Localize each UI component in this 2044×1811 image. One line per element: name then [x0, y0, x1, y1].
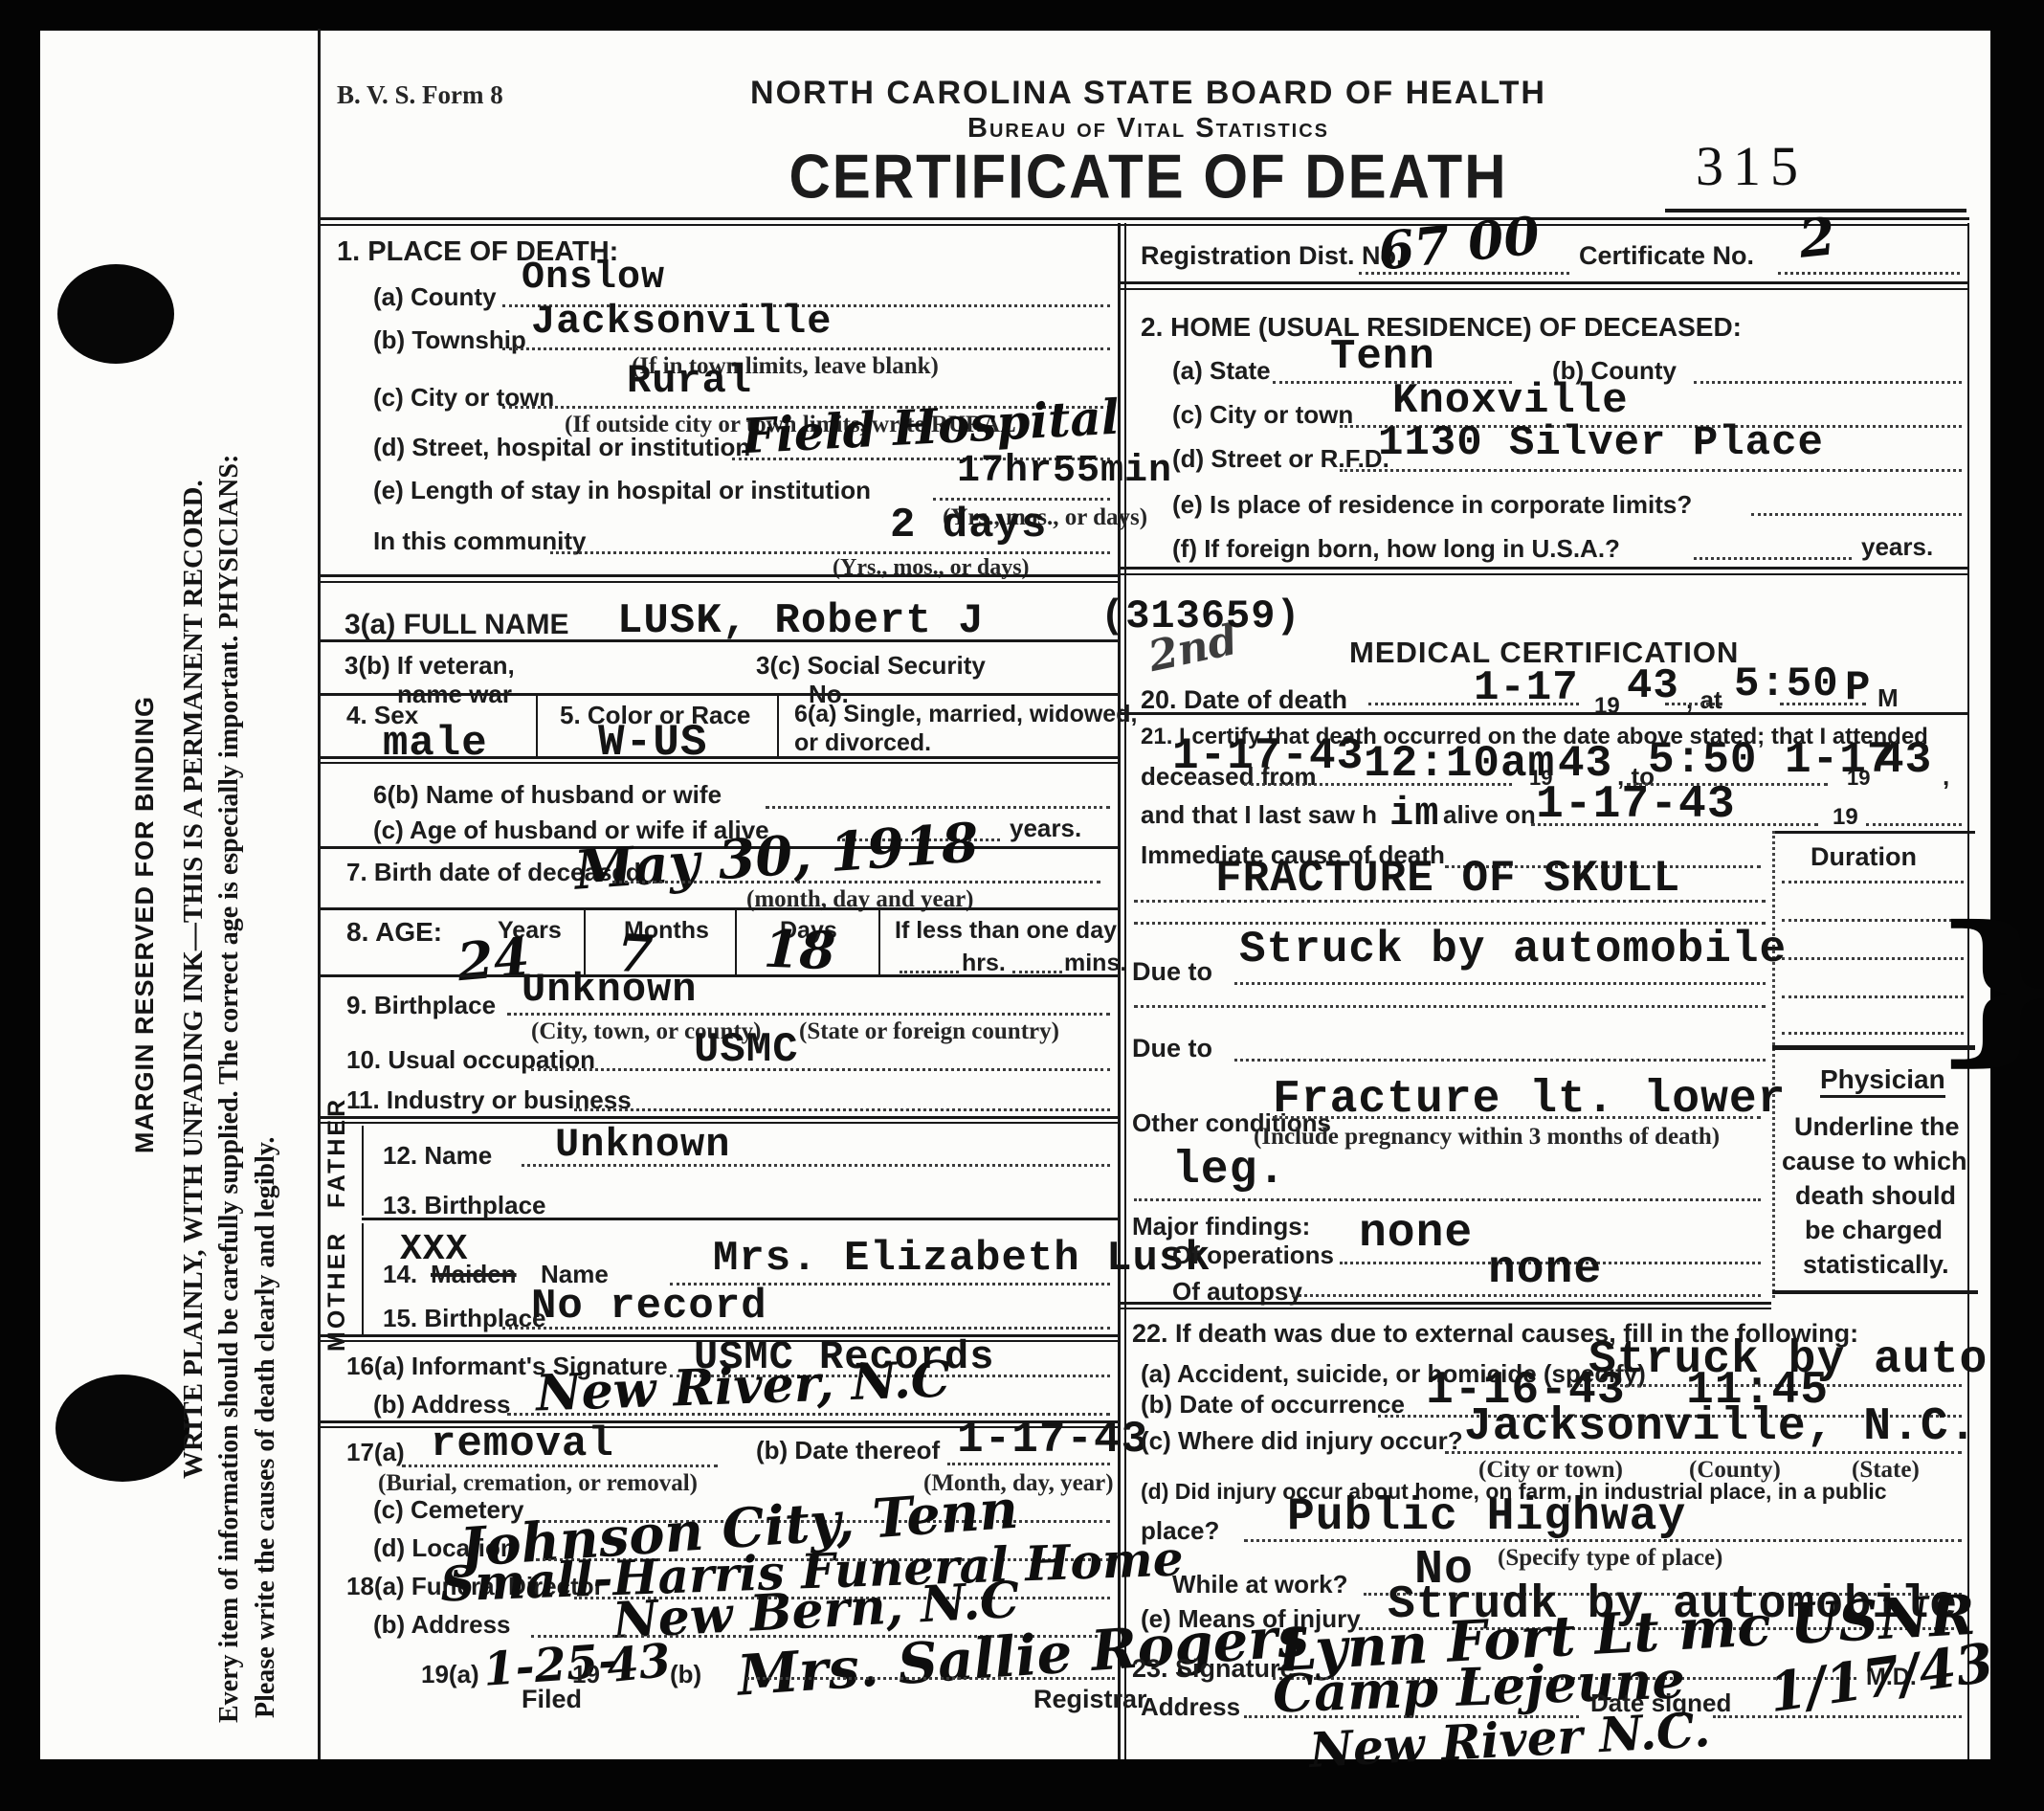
- age-label: 8. AGE:: [346, 917, 442, 948]
- page-title: CERTIFICATE OF DEATH: [660, 141, 1636, 212]
- death-m-label: M: [1877, 683, 1899, 713]
- place-label: place?: [1141, 1516, 1219, 1546]
- home-foreign-years: years.: [1861, 532, 1933, 562]
- full-name-label: 3(a) FULL NAME: [344, 609, 568, 641]
- veteran-label: 3(b) If veteran,: [344, 651, 515, 681]
- death-date-label: 20. Date of death: [1141, 685, 1347, 715]
- death-time-value: 5:50: [1734, 660, 1839, 708]
- home-street-line: [1340, 469, 1962, 472]
- autopsy-line: [1292, 1294, 1761, 1297]
- to-comma: ,: [1943, 762, 1949, 792]
- age-years-value: 24: [455, 926, 531, 993]
- filed-year-value: 43: [604, 1634, 673, 1694]
- death-certificate-scan: MARGIN RESERVED FOR BINDING WRITE PLAINL…: [0, 0, 2044, 1811]
- rule: [321, 756, 1118, 759]
- to-year-value: 43: [1877, 735, 1932, 785]
- saw-year-prefix: 19: [1833, 804, 1858, 831]
- street-label: (d) Street, hospital or institution: [373, 433, 750, 462]
- cell-divider: [584, 907, 586, 974]
- header-rule-2: [321, 224, 1969, 226]
- informant-address-label: (b) Address: [373, 1390, 511, 1420]
- occurrence-date-label: (b) Date of occurrence: [1141, 1390, 1405, 1420]
- community-value: 2 days: [890, 502, 1047, 549]
- rule: [1121, 567, 1969, 570]
- rule: [321, 693, 1118, 696]
- sex-value: male: [383, 720, 488, 768]
- birthdate-line: [612, 881, 1100, 883]
- saw-year-line: [1866, 823, 1962, 826]
- home-section: 2. HOME (USUAL RESIDENCE) OF DECEASED:: [1141, 312, 1742, 343]
- father-name-label: 12. Name: [383, 1141, 492, 1171]
- deceased-from-label: deceased from: [1141, 762, 1317, 792]
- death-time-line: [1780, 703, 1866, 705]
- age-hrs-label: hrs.: [962, 950, 1006, 977]
- full-name-value: LUSK, Robert J: [617, 597, 985, 645]
- signature-address-label: Address: [1141, 1692, 1240, 1722]
- rule: [1121, 1302, 1771, 1305]
- stay-line: [933, 498, 1110, 501]
- due-to-value-1: Struck by automobile: [1239, 925, 1787, 974]
- physician-note-5: statistically.: [1803, 1250, 1949, 1280]
- physician-box-bottom-rule: [1772, 1290, 1978, 1294]
- home-street-value: 1130 Silver Place: [1378, 419, 1824, 467]
- mother-name-value: Mrs. Elizabeth Lusk: [713, 1235, 1211, 1283]
- mother-birthplace-line: [502, 1327, 1110, 1330]
- death-date-line2: [1665, 703, 1722, 705]
- rule: [1121, 1308, 1771, 1309]
- physician-note-1: Underline the: [1794, 1112, 1960, 1142]
- race-value: W-US: [598, 718, 707, 768]
- mother-num-label: 14.: [383, 1260, 417, 1289]
- father-side-label: FATHER: [323, 1097, 351, 1208]
- spouse-age-years: years.: [1010, 814, 1081, 843]
- stay-value: 17hr55min: [957, 450, 1172, 493]
- disposition-label: 17(a): [346, 1438, 405, 1467]
- rule: [362, 1218, 1118, 1220]
- disposition-hint: (Burial, cremation, or removal): [378, 1470, 698, 1497]
- rule: [321, 574, 1118, 577]
- age-hrs-line: [900, 971, 959, 973]
- ssn-label: 3(c) Social Security: [756, 651, 986, 681]
- scan-edge-bottom: [0, 1759, 2044, 1811]
- scan-edge-left: [0, 0, 40, 1811]
- place-hint: (Specify type of place): [1498, 1545, 1722, 1572]
- death-date-line: [1368, 703, 1579, 705]
- home-city-value: Knoxville: [1392, 377, 1629, 425]
- death-date-at: , at: [1686, 685, 1722, 715]
- duration-top-rule: [1772, 831, 1975, 834]
- where-injury-value: Jacksonville, N.C.: [1464, 1401, 1977, 1453]
- mother-birthplace-value: No record: [531, 1283, 767, 1330]
- rule: [321, 581, 1118, 583]
- county-value: Onslow: [522, 257, 665, 300]
- bureau-subtitle: Bureau of Vital Statistics: [670, 113, 1627, 145]
- occupation-line: [531, 1068, 1110, 1071]
- disposition-value: removal: [431, 1420, 614, 1468]
- disposition-line: [402, 1464, 718, 1467]
- certificate-no-label: Certificate No.: [1579, 241, 1754, 271]
- physician-note-2: cause to which: [1782, 1147, 1967, 1176]
- serial-number: 315: [1696, 134, 1808, 198]
- disposition-date-line: [947, 1463, 1110, 1465]
- due-to-line-1: [1234, 982, 1766, 985]
- rule: [321, 1116, 1118, 1119]
- father-name-value: Unknown: [555, 1122, 730, 1168]
- mother-divider: [362, 1223, 364, 1336]
- rule: [1121, 712, 1969, 715]
- rule: [1121, 288, 1969, 290]
- form-number: B. V. S. Form 8: [337, 80, 503, 110]
- alive-on-label: alive on: [1443, 800, 1536, 830]
- death-date-year-prefix: 19: [1594, 693, 1620, 720]
- disposition-date-value: 1-17-43: [957, 1415, 1148, 1464]
- physician-label: Physician: [1820, 1064, 1945, 1098]
- stay-label: (e) Length of stay in hospital or instit…: [373, 476, 871, 505]
- filed-caption: Filed: [522, 1685, 582, 1714]
- occupation-value: USMC: [694, 1026, 799, 1074]
- cell-divider: [878, 907, 880, 974]
- rule: [321, 974, 1118, 977]
- due-to-line-2: [1234, 1059, 1766, 1062]
- home-state-value: Tenn: [1330, 333, 1435, 381]
- rule: [1121, 573, 1969, 575]
- margin-permanent-note: WRITE PLAINLY, WITH UNFADING INK—THIS IS…: [178, 480, 210, 1479]
- township-value: Jacksonville: [531, 299, 832, 345]
- from-time-value: 12:10am: [1364, 739, 1555, 789]
- age-less-label: If less than one day: [895, 917, 1117, 945]
- mother-maiden-struck: Maiden: [431, 1260, 517, 1289]
- margin-legibly-note: Please write the causes of death clearly…: [251, 1137, 281, 1718]
- industry-line: [574, 1108, 1110, 1111]
- other-line-2: [1134, 1198, 1761, 1201]
- to-year-prefix: 19: [1847, 766, 1870, 791]
- brace-icon: }: [1931, 890, 2044, 1082]
- birthplace-hint-2: (State or foreign country): [799, 1018, 1059, 1045]
- date-signed-line: [1713, 1715, 1962, 1718]
- township-label: (b) Township: [373, 325, 526, 355]
- cell-divider: [777, 693, 779, 756]
- due-to-label-2: Due to: [1132, 1034, 1212, 1063]
- margin-physicians-note: Every item of information should be care…: [214, 455, 245, 1723]
- header-rule: [321, 217, 1969, 220]
- saw-line: [1531, 823, 1818, 826]
- signature-label: 23. Signature: [1132, 1654, 1295, 1684]
- age-mins-line: [1012, 971, 1062, 973]
- rule: [321, 639, 1118, 642]
- physician-note-3: death should: [1795, 1181, 1956, 1211]
- major-findings-label: Major findings:: [1132, 1212, 1310, 1241]
- certificate-no-line: [1778, 272, 1960, 275]
- due-to-label-1: Due to: [1132, 957, 1212, 987]
- city-value: Rural: [627, 358, 752, 404]
- cell-divider: [536, 693, 538, 756]
- while-at-work-label: While at work?: [1172, 1570, 1347, 1599]
- registration-dist-line: [1359, 272, 1569, 275]
- form-left-border: [318, 29, 321, 1759]
- operations-label: Of operations: [1172, 1241, 1334, 1270]
- home-foreign-label: (f) If foreign born, how long in U.S.A.?: [1172, 534, 1620, 564]
- from-line: [1244, 783, 1512, 786]
- other-conditions-line: [1273, 1116, 1761, 1119]
- other-conditions-hint: (Include pregnancy within 3 months of de…: [1254, 1124, 1720, 1151]
- duration-line: [1782, 881, 1964, 883]
- cell-divider: [735, 907, 737, 974]
- immediate-cause-value: FRACTURE OF SKULL: [1215, 854, 1680, 904]
- last-saw-fill: im: [1389, 791, 1439, 837]
- father-divider: [362, 1126, 364, 1216]
- board-title: NORTH CAROLINA STATE BOARD OF HEALTH: [670, 75, 1627, 112]
- birthplace-label: 9. Birthplace: [346, 991, 496, 1020]
- cause-line: [1134, 900, 1766, 903]
- marital-label: 6(a) Single, married, widowed,: [794, 701, 1137, 728]
- rule: [1121, 281, 1969, 284]
- birthplace-value: Unknown: [522, 967, 697, 1013]
- father-birthplace-label: 13. Birthplace: [383, 1191, 546, 1220]
- physician-note-4: be charged: [1805, 1216, 1943, 1245]
- other-conditions-value-2: leg.: [1172, 1145, 1286, 1196]
- home-foreign-line: [1694, 557, 1852, 560]
- duration-divider: [1772, 831, 1775, 1298]
- duration-label: Duration: [1811, 842, 1917, 872]
- home-corporate-label: (e) Is place of residence in corporate l…: [1172, 490, 1692, 520]
- disposition-date-label: (b) Date thereof: [756, 1436, 940, 1465]
- county-label: (a) County: [373, 282, 497, 312]
- place-value: Public Highway: [1287, 1491, 1686, 1543]
- spouse-name-line: [766, 806, 1110, 809]
- scan-edge-top: [0, 0, 2044, 31]
- filed-label: 19(a): [421, 1660, 479, 1689]
- registrar-line: [746, 1677, 1115, 1680]
- autopsy-value: none: [1488, 1244, 1602, 1296]
- home-city-label: (c) City or town: [1172, 400, 1353, 430]
- registration-dist-label: Registration Dist. No.: [1141, 241, 1404, 271]
- funeral-address-label: (b) Address: [373, 1610, 511, 1640]
- father-name-line: [522, 1164, 1110, 1167]
- rule: [321, 762, 1118, 764]
- place-line: [1244, 1539, 1962, 1542]
- where-injury-line: [1445, 1451, 1962, 1454]
- community-line: [550, 551, 1110, 554]
- township-line: [502, 347, 1110, 350]
- hole-punch-icon: [57, 264, 174, 364]
- hole-punch-icon: [56, 1375, 189, 1482]
- where-injury-label: (c) Where did injury occur?: [1141, 1426, 1463, 1456]
- marital-label-2: or divorced.: [794, 729, 931, 757]
- home-corporate-line: [1751, 513, 1962, 516]
- home-county-line: [1694, 381, 1962, 384]
- home-state-label: (a) State: [1172, 356, 1271, 386]
- registrar-b-label: (b): [670, 1660, 701, 1689]
- certificate-no-value: 2: [1796, 205, 1838, 270]
- last-saw-label: and that I last saw h: [1141, 800, 1377, 830]
- registrar-caption: Registrar: [1033, 1685, 1147, 1714]
- rule: [321, 907, 1118, 910]
- age-mins-label: mins.: [1064, 950, 1126, 977]
- birthplace-line: [507, 1013, 1110, 1016]
- cause-line: [1134, 1005, 1766, 1008]
- age-days-value: 18: [763, 918, 836, 982]
- operations-value: none: [1359, 1208, 1473, 1260]
- margin-binding-note: MARGIN RESERVED FOR BINDING: [130, 696, 160, 1153]
- spouse-name-label: 6(b) Name of husband or wife: [373, 780, 722, 810]
